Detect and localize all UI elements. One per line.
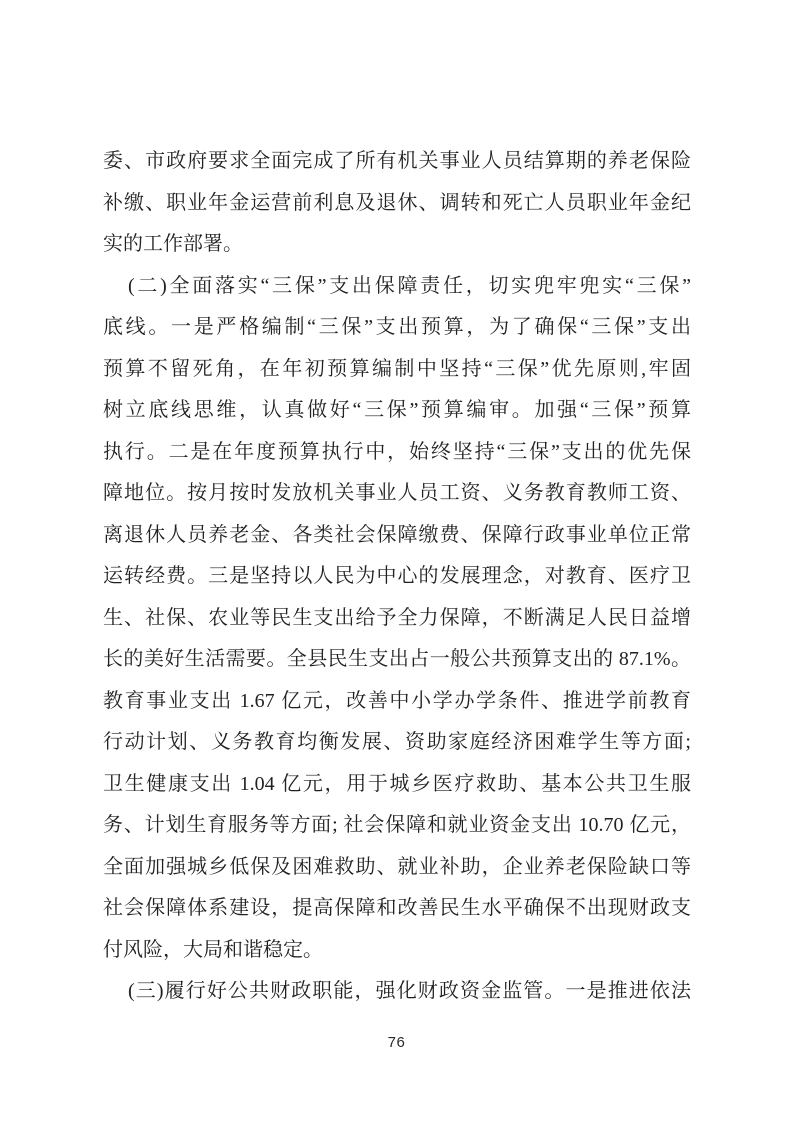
text-line: 离退休人员养老金、各类社会保障缴费、保障行政事业单位正常	[103, 515, 691, 557]
text-line: 底线。一是严格编制“三保”支出预算，为了确保“三保”支出	[103, 307, 691, 349]
text-line: 务、计划生育服务等方面; 社会保障和就业资金支出 10.70 亿元，	[103, 805, 691, 847]
text-line: 实的工作部署。	[103, 224, 691, 266]
text-line: 全面加强城乡低保及困难救助、就业补助，企业养老保险缺口等	[103, 847, 691, 889]
text-line: (三)履行好公共财政职能，强化财政资金监管。一是推进依法	[103, 971, 691, 1013]
text-line: 行动计划、义务教育均衡发展、资助家庭经济困难学生等方面;	[103, 722, 691, 764]
text-line: 教育事业支出 1.67 亿元，改善中小学办学条件、推进学前教育	[103, 681, 691, 723]
text-line: 补缴、职业年金运营前利息及退休、调转和死亡人员职业年金纪	[103, 183, 691, 225]
text-line: 运转经费。三是坚持以人民为中心的发展理念，对教育、医疗卫	[103, 556, 691, 598]
paragraph: (三)履行好公共财政职能，强化财政资金监管。一是推进依法	[103, 971, 691, 1013]
document-body: 委、市政府要求全面完成了所有机关事业人员结算期的养老保险 补缴、职业年金运营前利…	[103, 141, 691, 1013]
text-line: 社会保障体系建设，提高保障和改善民生水平确保不出现财政支	[103, 888, 691, 930]
paragraph: (二)全面落实“三保”支出保障责任，切实兜牢兜实“三保” 底线。一是严格编制“三…	[103, 266, 691, 972]
text-line: 障地位。按月按时发放机关事业人员工资、义务教育教师工资、	[103, 473, 691, 515]
page-number: 76	[0, 1034, 793, 1051]
text-line: 执行。二是在年度预算执行中，始终坚持“三保”支出的优先保	[103, 432, 691, 474]
text-line: 付风险，大局和谐稳定。	[103, 930, 691, 972]
text-line: 预算不留死角，在年初预算编制中坚持“三保”优先原则,牢固	[103, 349, 691, 391]
text-line: 生、社保、农业等民生支出给予全力保障，不断满足人民日益增	[103, 598, 691, 640]
text-line: 委、市政府要求全面完成了所有机关事业人员结算期的养老保险	[103, 141, 691, 183]
document-page: 委、市政府要求全面完成了所有机关事业人员结算期的养老保险 补缴、职业年金运营前利…	[0, 0, 793, 1122]
text-line: (二)全面落实“三保”支出保障责任，切实兜牢兜实“三保”	[103, 266, 691, 308]
text-line: 树立底线思维，认真做好“三保”预算编审。加强“三保”预算	[103, 390, 691, 432]
text-line: 卫生健康支出 1.04 亿元，用于城乡医疗救助、基本公共卫生服	[103, 764, 691, 806]
paragraph: 委、市政府要求全面完成了所有机关事业人员结算期的养老保险 补缴、职业年金运营前利…	[103, 141, 691, 266]
text-line: 长的美好生活需要。全县民生支出占一般公共预算支出的 87.1%。	[103, 639, 691, 681]
